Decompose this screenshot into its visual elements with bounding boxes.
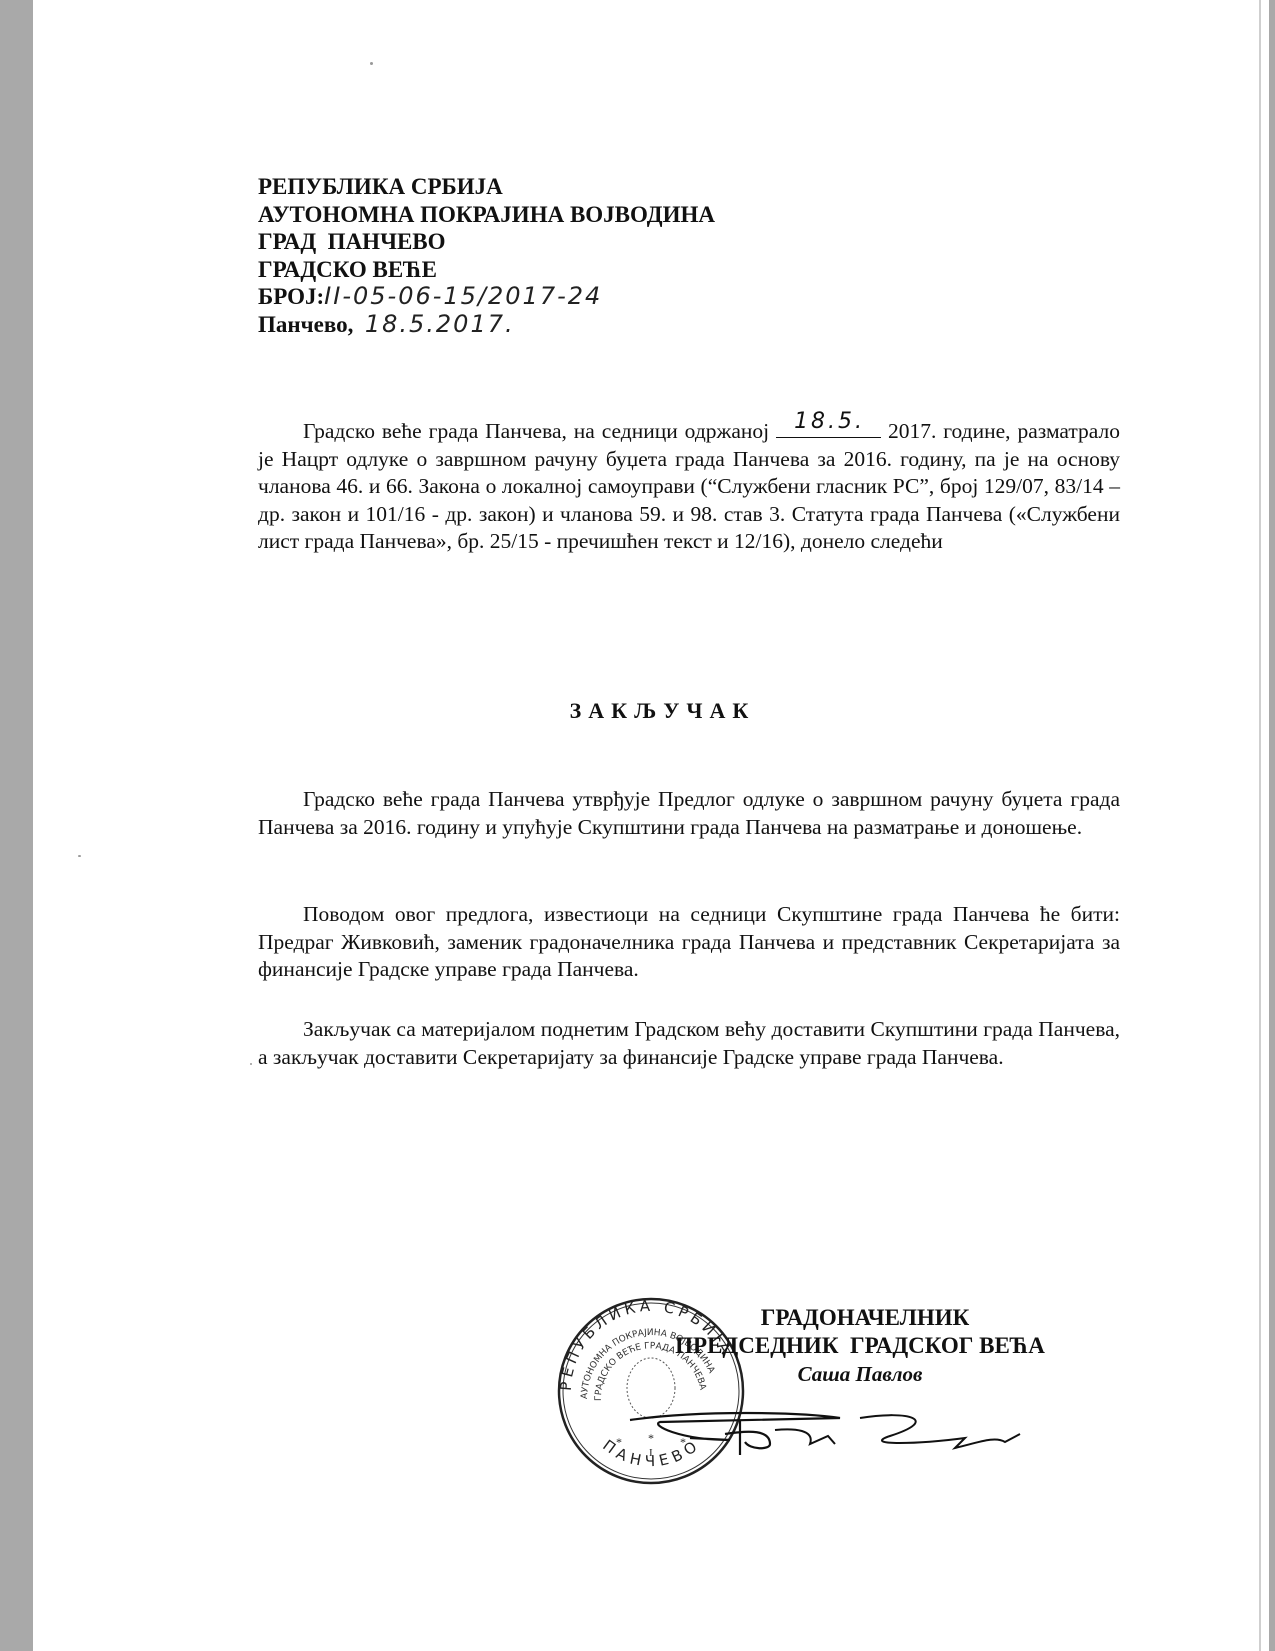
paragraph-2-text: Поводом овог предлога, известиоци на сед…: [258, 902, 1120, 981]
handwritten-signature: [620, 1400, 1040, 1460]
scan-speck: [250, 1063, 252, 1065]
session-date-blank: 18.5.: [776, 419, 881, 438]
scan-border-left: [0, 0, 33, 1651]
intro-text-start: Градско веће града Панчева, на седници о…: [303, 419, 769, 443]
paragraph-3: Закључак са материјалом поднетим Градско…: [258, 1016, 1120, 1071]
document-title: ЗАКЉУЧАК: [0, 698, 1275, 724]
signatory-role-president: ПРЕДСЕДНИК ГРАДСКОГ ВЕЋА: [640, 1332, 1080, 1360]
signatory-name: Саша Павлов: [640, 1360, 1080, 1388]
signature-block: ГРАДОНАЧЕЛНИК ПРЕДСЕДНИК ГРАДСКОГ ВЕЋА С…: [640, 1304, 1080, 1388]
session-date-handwritten: 18.5.: [794, 408, 865, 436]
intro-paragraph: Градско веће града Панчева, на седници о…: [258, 418, 1120, 556]
signatory-role-mayor: ГРАДОНАЧЕЛНИК: [640, 1304, 1080, 1332]
number-label: БРОЈ:: [258, 284, 324, 309]
place-label: Панчево,: [258, 312, 353, 337]
document-number: БРОЈ:II-05-06-15/2017-24: [258, 283, 715, 311]
paragraph-2: Поводом овог предлога, известиоци на сед…: [258, 901, 1120, 984]
number-value-handwritten: II-05-06-15/2017-24: [324, 282, 602, 310]
scan-border-right: [1269, 0, 1275, 1651]
date-value-handwritten: 18.5.2017.: [365, 310, 515, 338]
document-place-date: Панчево, 18.5.2017.: [258, 311, 715, 339]
paragraph-1: Градско веће града Панчева утврђује Пред…: [258, 786, 1120, 841]
page-edge-right: [1259, 0, 1261, 1651]
header-province: АУТОНОМНА ПОКРАЈИНА ВОЈВОДИНА: [258, 201, 715, 229]
header-city: ГРАД ПАНЧЕВО: [258, 228, 715, 256]
header-body: ГРАДСКО ВЕЋЕ: [258, 256, 715, 284]
scan-speck: [370, 62, 373, 65]
paragraph-3-text: Закључак са материјалом поднетим Градско…: [258, 1017, 1120, 1069]
document-header: РЕПУБЛИКА СРБИЈА АУТОНОМНА ПОКРАЈИНА ВОЈ…: [258, 173, 715, 338]
header-country: РЕПУБЛИКА СРБИЈА: [258, 173, 715, 201]
scan-speck: [78, 855, 81, 857]
paragraph-1-text: Градско веће града Панчева утврђује Пред…: [258, 787, 1120, 839]
